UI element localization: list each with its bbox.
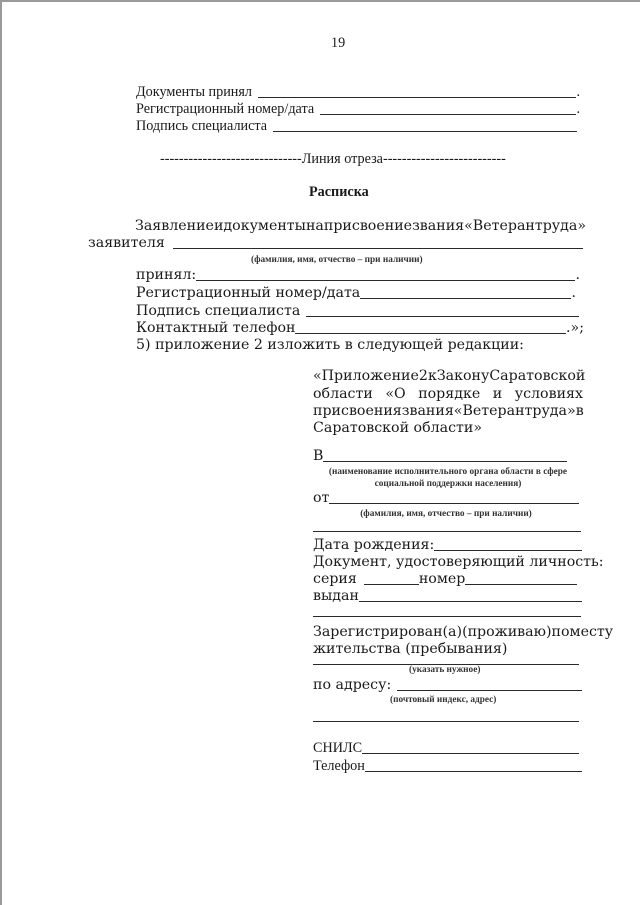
issued-field[interactable] xyxy=(359,600,582,602)
from-label: от xyxy=(313,490,329,507)
reg-number-label: Регистрационный номер/дата xyxy=(136,101,314,118)
registered-line-2: жительства (пребывания) xyxy=(313,641,507,658)
word: порядке xyxy=(418,386,480,403)
number-field[interactable] xyxy=(465,583,577,585)
appendix-line-3: присвоения звания «Ветеран труда» в xyxy=(313,403,583,420)
word: к xyxy=(428,368,437,385)
word: Закону xyxy=(437,368,490,385)
end-dot: . xyxy=(576,84,580,101)
word: месту xyxy=(570,624,614,641)
word: Зарегистрирован(а) xyxy=(313,624,462,641)
from-field[interactable] xyxy=(329,502,579,504)
page-number: 19 xyxy=(331,35,345,52)
series-field[interactable] xyxy=(364,583,419,585)
accepted-row: принял: . xyxy=(136,267,580,284)
appendix-line-1: «Приложение 2 к Закону Саратовской xyxy=(313,368,583,385)
word: звания xyxy=(412,218,464,235)
cut-line-label: Линия отреза xyxy=(302,151,383,167)
phone-end: .»; xyxy=(566,320,584,337)
docs-accepted-field[interactable] xyxy=(258,96,576,98)
reg-number-field[interactable] xyxy=(320,113,576,115)
series-number-row: серия номер xyxy=(313,571,577,588)
appendix-line-4: Саратовской области» xyxy=(313,420,482,437)
receipt-phone-field[interactable] xyxy=(295,332,566,334)
word: по xyxy=(552,624,570,641)
applicant-row: заявителя xyxy=(88,235,583,252)
word: на xyxy=(306,218,324,235)
cut-line-left: ------------------------------ xyxy=(160,151,302,167)
address-field[interactable] xyxy=(397,689,582,691)
phone-row: Телефон xyxy=(313,758,582,775)
signature-field[interactable] xyxy=(273,130,577,132)
cut-line: ------------------------------Линия отре… xyxy=(160,151,506,168)
address-row: по адресу: xyxy=(313,677,582,694)
id-doc-label: Документ, удостоверяющий личность: xyxy=(313,554,604,571)
applicant-label: заявителя xyxy=(88,235,165,252)
to-hint: (наименование исполнительного органа обл… xyxy=(313,466,583,490)
birth-date-field[interactable] xyxy=(434,549,582,551)
end-dot: . xyxy=(576,101,580,118)
issued-extra-field[interactable] xyxy=(313,616,581,617)
to-field[interactable] xyxy=(323,460,567,462)
applicant-field[interactable] xyxy=(173,247,583,249)
phone-label: Телефон xyxy=(313,758,365,775)
word: труда» xyxy=(525,403,576,420)
receipt-phone-label: Контактный телефон xyxy=(136,320,295,337)
address-hint: (почтовый индекс, адрес) xyxy=(390,694,496,706)
specify-hint: (указать нужное) xyxy=(409,664,480,676)
series-label: серия xyxy=(313,571,357,588)
word: присвоения xyxy=(313,403,402,420)
receipt-statement: Заявление и документы на присвоение зван… xyxy=(135,218,583,235)
amendment-text: 5) приложение 2 изложить в следующей ред… xyxy=(136,337,524,354)
snils-field[interactable] xyxy=(362,752,579,754)
number-label: номер xyxy=(419,571,466,588)
word: (проживаю) xyxy=(462,624,551,641)
word: Заявление xyxy=(135,218,214,235)
address-label: по адресу: xyxy=(313,677,391,694)
word: и xyxy=(493,386,502,403)
issued-label: выдан xyxy=(313,588,359,605)
word: «Ветеран xyxy=(454,403,525,420)
from-row: от xyxy=(313,490,579,507)
receipt-reg-number-field[interactable] xyxy=(360,297,571,299)
receipt-phone-row: Контактный телефон .»; xyxy=(136,320,584,337)
word: «О xyxy=(385,386,405,403)
accepted-field[interactable] xyxy=(196,279,575,281)
docs-accepted-label: Документы принял xyxy=(136,84,252,101)
birth-date-label: Дата рождения: xyxy=(313,537,434,554)
word: «Приложение xyxy=(313,368,419,385)
word: области xyxy=(313,386,373,403)
docs-accepted-row: Документы принял . xyxy=(136,84,580,101)
signature-label: Подпись специалиста xyxy=(136,118,267,135)
word: звания xyxy=(402,403,454,420)
to-row: В xyxy=(313,448,567,465)
to-hint-line-2: социальной поддержки населения) xyxy=(313,478,583,490)
document-page: 19 Документы принял . Регистрационный но… xyxy=(0,0,640,905)
registered-line-1: Зарегистрирован(а) (проживаю) по месту xyxy=(313,624,583,641)
receipt-reg-number-label: Регистрационный номер/дата xyxy=(136,285,360,302)
to-hint-line-1: (наименование исполнительного органа обл… xyxy=(313,466,583,478)
reg-number-row: Регистрационный номер/дата . xyxy=(136,101,580,118)
appendix-line-2: области «О порядке и условиях xyxy=(313,386,583,403)
word: 2 xyxy=(419,368,428,385)
phone-field[interactable] xyxy=(365,770,582,772)
birth-date-row: Дата рождения: xyxy=(313,537,582,554)
accepted-label: принял: xyxy=(136,267,196,284)
receipt-reg-number-row: Регистрационный номер/дата . xyxy=(136,285,576,302)
word: в xyxy=(576,403,584,420)
receipt-signature-row: Подпись специалиста xyxy=(136,303,579,320)
receipt-signature-label: Подпись специалиста xyxy=(136,303,300,320)
from-hint: (фамилия, имя, отчество – при наличии) xyxy=(313,508,579,520)
receipt-signature-field[interactable] xyxy=(306,315,579,317)
to-label: В xyxy=(313,448,323,465)
word: и xyxy=(214,218,223,235)
applicant-hint: (фамилия, имя, отчество – при наличии) xyxy=(251,254,423,266)
end-dot: . xyxy=(571,285,576,302)
snils-label: СНИЛС xyxy=(313,740,362,757)
receipt-title: Расписка xyxy=(309,184,369,201)
word: присвоение xyxy=(324,218,412,235)
issued-row: выдан xyxy=(313,588,582,605)
snils-row: СНИЛС xyxy=(313,740,579,757)
cut-line-right: -------------------------- xyxy=(383,151,506,167)
from-extra-field[interactable] xyxy=(313,531,581,532)
word: условиях xyxy=(515,386,583,403)
word: Саратовской xyxy=(489,368,585,385)
word: документы xyxy=(223,218,306,235)
end-dot: . xyxy=(575,267,580,284)
word: труда» xyxy=(535,218,586,235)
word: «Ветеран xyxy=(464,218,535,235)
address-extra-field[interactable] xyxy=(313,721,579,722)
signature-row: Подпись специалиста xyxy=(136,118,577,135)
